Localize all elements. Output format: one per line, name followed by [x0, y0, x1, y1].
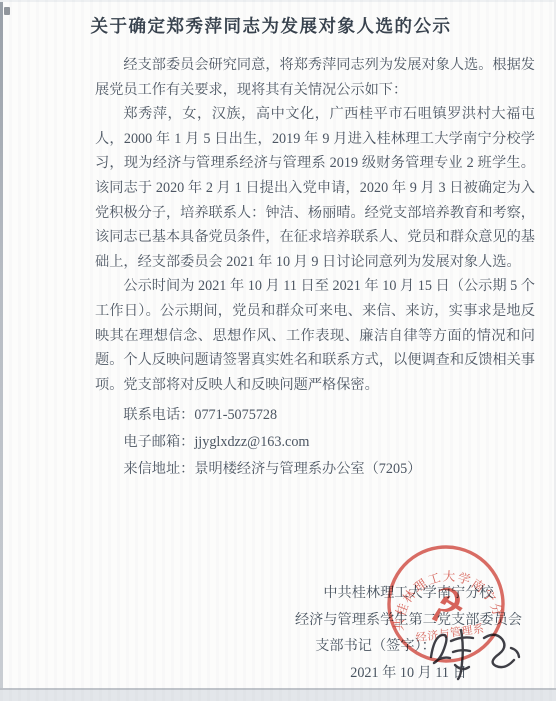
contact-address-value: 景明楼经济与管理系办公室（7205）: [194, 461, 421, 477]
body-paragraph-profile: 郑秀萍，女，汉族，高中文化，广西桂平市石咀镇罗洪村大福屯人，2000 年 1 月…: [95, 102, 535, 274]
contact-phone-label: 联系电话：: [123, 407, 194, 423]
scan-edge-left: [0, 0, 3, 688]
contact-address-line: 来信地址：景明楼经济与管理系办公室（7205）: [95, 456, 535, 483]
contact-block: 联系电话：0771-5075728 电子邮箱：jjyglxdzz@163.com…: [95, 402, 535, 483]
document-title: 关于确定郑秀萍同志为发展对象人选的公示: [0, 13, 542, 38]
scanned-document-page: 关于确定郑秀萍同志为发展对象人选的公示 经支部委员会研究同意，将郑秀萍同志列为发…: [0, 0, 556, 701]
document-body: 经支部委员会研究同意，将郑秀萍同志列为发展对象人选。根据发展党员工作有关要求，现…: [95, 53, 535, 483]
contact-phone-line: 联系电话：0771-5075728: [95, 402, 535, 429]
party-emblem-icon: ☭: [423, 578, 469, 632]
contact-email-label: 电子邮箱：: [123, 434, 194, 450]
scan-edge-bottom: [0, 688, 556, 701]
official-seal-stamp: 中共桂林理工大学南宁分校 ☭ 经济与管理系: [375, 533, 517, 675]
contact-email-value: jjyglxdzz@163.com: [194, 434, 309, 450]
body-paragraph-notice-period: 公示时间为 2021 年 10 月 11 日至 2021 年 10 月 15 日…: [95, 274, 535, 397]
scan-edge-top: [0, 0, 556, 2]
contact-email-line: 电子邮箱：jjyglxdzz@163.com: [95, 429, 535, 456]
body-paragraph-intro: 经支部委员会研究同意，将郑秀萍同志列为发展对象人选。根据发展党员工作有关要求，现…: [95, 53, 535, 102]
contact-address-label: 来信地址：: [123, 461, 194, 477]
contact-phone-value: 0771-5075728: [194, 407, 277, 423]
